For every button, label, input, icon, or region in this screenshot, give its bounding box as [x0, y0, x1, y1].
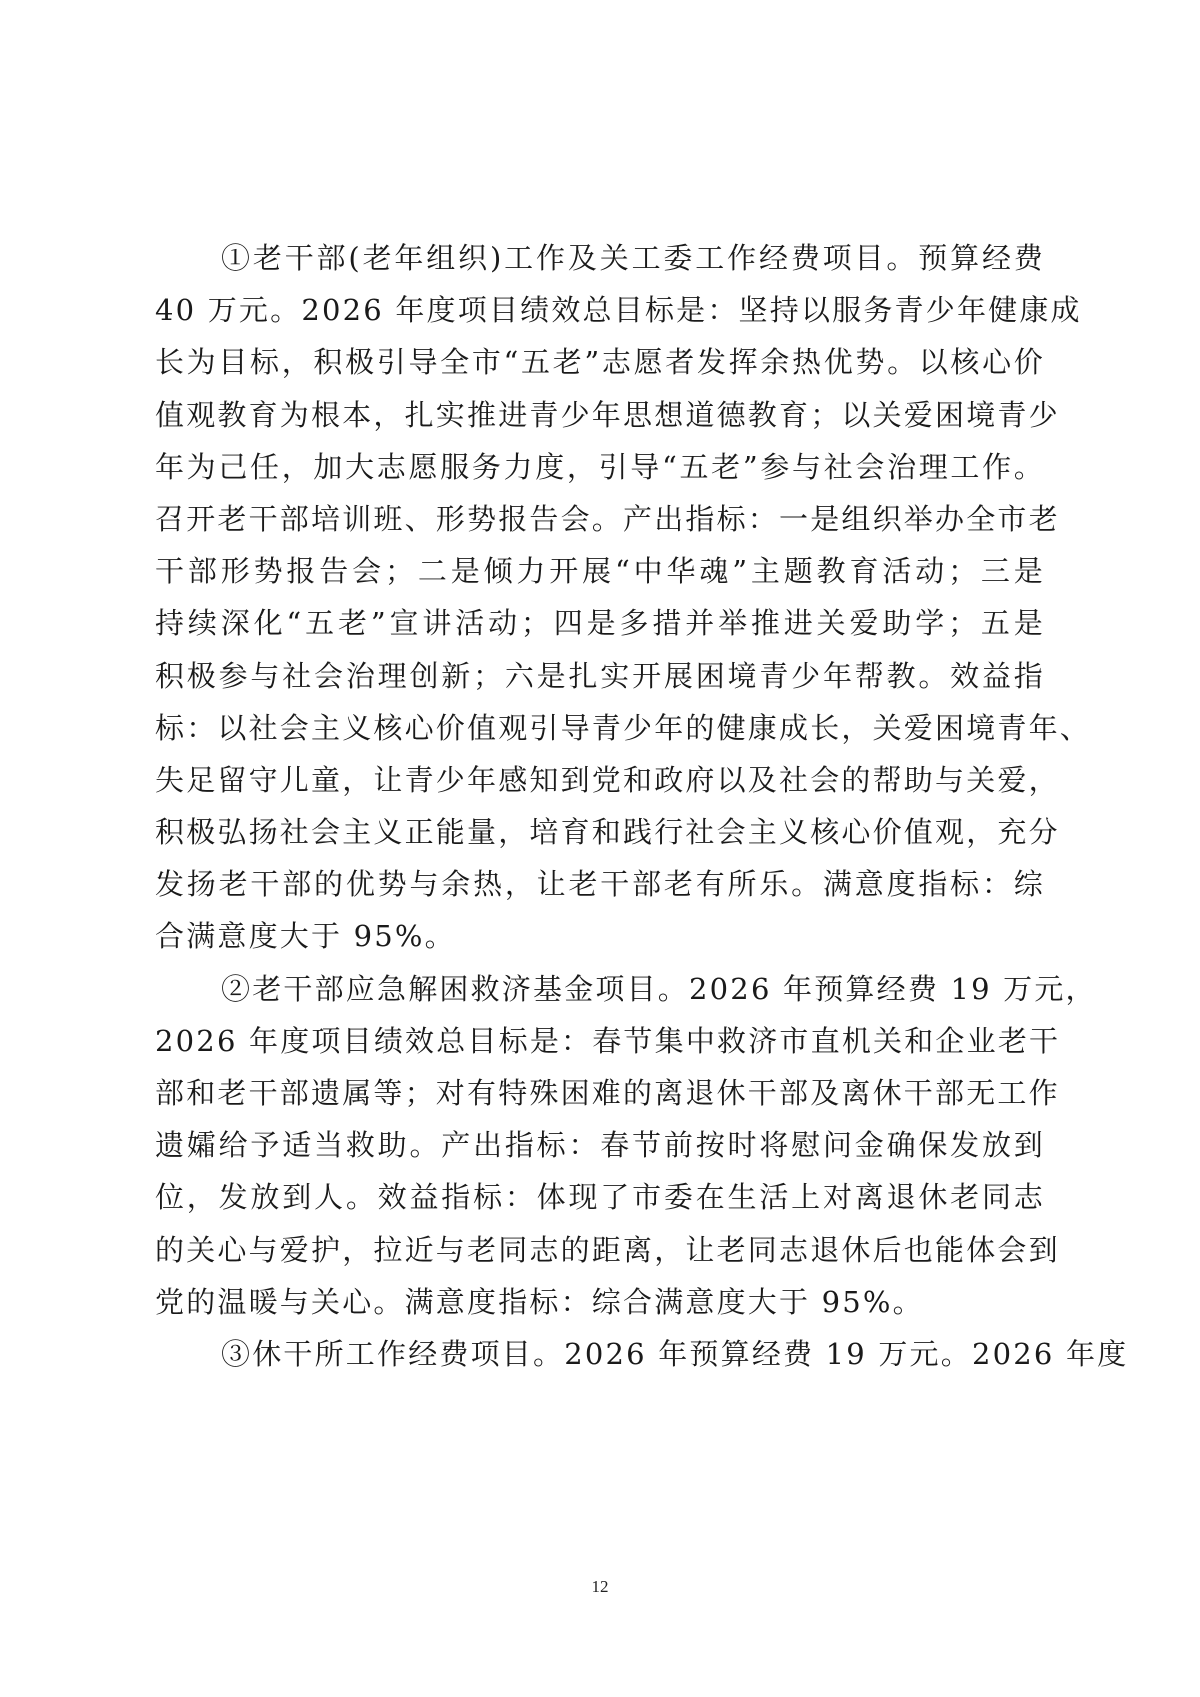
paragraph-2-line-1: ②老干部应急解困救济基金项目。2026 年预算经费 19 万元，	[155, 963, 1045, 1015]
paragraph-1-line-3: 长为目标，积极引导全市“五老”志愿者发挥余热优势。以核心价	[155, 336, 1045, 388]
paragraph-3-line-1: ③休干所工作经费项目。2026 年预算经费 19 万元。2026 年度	[155, 1328, 1045, 1380]
paragraph-1-line-5: 年为己任，加大志愿服务力度，引导“五老”参与社会治理工作。	[155, 441, 1045, 493]
paragraph-1-line-11: 失足留守儿童，让青少年感知到党和政府以及社会的帮助与关爱，	[155, 754, 1045, 806]
document-page: ①老干部(老年组织)工作及关工委工作经费项目。预算经费 40 万元。2026 年…	[0, 0, 1200, 1697]
paragraph-1-line-6: 召开老干部培训班、形势报告会。产出指标：一是组织举办全市老	[155, 493, 1045, 545]
paragraph-2-line-2: 2026 年度项目绩效总目标是：春节集中救济市直机关和企业老干	[155, 1015, 1045, 1067]
paragraph-1-line-12: 积极弘扬社会主义正能量，培育和践行社会主义核心价值观，充分	[155, 806, 1045, 858]
paragraph-1-line-8: 持续深化“五老”宣讲活动；四是多措并举推进关爱助学；五是	[155, 597, 1045, 649]
paragraph-1-line-1: ①老干部(老年组织)工作及关工委工作经费项目。预算经费	[155, 232, 1045, 284]
paragraph-2-line-4: 遗孀给予适当救助。产出指标：春节前按时将慰问金确保发放到	[155, 1119, 1045, 1171]
paragraph-2-line-3: 部和老干部遗属等；对有特殊困难的离退休干部及离休干部无工作	[155, 1067, 1045, 1119]
document-body: ①老干部(老年组织)工作及关工委工作经费项目。预算经费 40 万元。2026 年…	[155, 232, 1045, 1380]
paragraph-1-line-7: 干部形势报告会；二是倾力开展“中华魂”主题教育活动；三是	[155, 545, 1045, 597]
paragraph-1-line-14: 合满意度大于 95%。	[155, 910, 1045, 962]
paragraph-1-line-4: 值观教育为根本，扎实推进青少年思想道德教育；以关爱困境青少	[155, 389, 1045, 441]
paragraph-1-line-9: 积极参与社会治理创新；六是扎实开展困境青少年帮教。效益指	[155, 650, 1045, 702]
paragraph-1-line-2: 40 万元。2026 年度项目绩效总目标是：坚持以服务青少年健康成	[155, 284, 1045, 336]
paragraph-2-line-6: 的关心与爱护，拉近与老同志的距离，让老同志退休后也能体会到	[155, 1224, 1045, 1276]
paragraph-1-line-13: 发扬老干部的优势与余热，让老干部老有所乐。满意度指标：综	[155, 858, 1045, 910]
paragraph-2-line-5: 位，发放到人。效益指标：体现了市委在生活上对离退休老同志	[155, 1171, 1045, 1223]
paragraph-1-line-10: 标：以社会主义核心价值观引导青少年的健康成长，关爱困境青年、	[155, 702, 1045, 754]
paragraph-2-line-7: 党的温暖与关心。满意度指标：综合满意度大于 95%。	[155, 1276, 1045, 1328]
page-number: 12	[0, 1577, 1200, 1597]
